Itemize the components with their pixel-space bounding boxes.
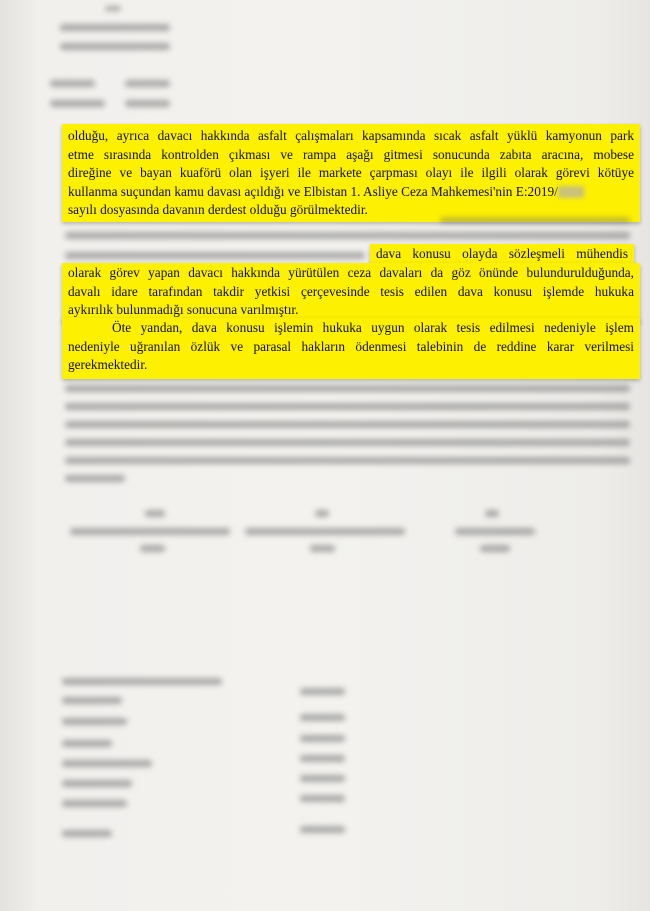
text-line: dava konusu olayda sözleşmeli mühendis bbox=[376, 245, 628, 264]
highlighted-paragraph-3: Öte yandan, dava konusu işlemin hukuka u… bbox=[62, 318, 640, 379]
text-line: olduğu, ayrıca davacı hakkında asfalt ça… bbox=[68, 127, 634, 146]
highlighted-paragraph-1: olduğu, ayrıca davacı hakkında asfalt ça… bbox=[62, 124, 640, 222]
text-line: olarak görev yapan davacı hakkında yürüt… bbox=[68, 264, 634, 283]
text-line: nedeniyle uğranılan özlük ve parasal hak… bbox=[68, 338, 634, 357]
redacted-case-number bbox=[558, 186, 584, 198]
highlighted-paragraph-2-first: dava konusu olayda sözleşmeli mühendis bbox=[370, 244, 634, 264]
text-line: gerekmektedir. bbox=[68, 356, 634, 375]
text-line-with-redaction: kullanma suçundan kamu davası açıldığı v… bbox=[68, 183, 634, 202]
text-line: davalı idare tarafından takdir yetkisi ç… bbox=[68, 283, 634, 302]
text-line: aykırılık bulunmadığı sonucuna varılmışt… bbox=[68, 301, 634, 320]
highlighted-paragraph-2: olarak görev yapan davacı hakkında yürüt… bbox=[62, 263, 640, 322]
text-line: sayılı dosyasında davanın derdest olduğu… bbox=[68, 201, 634, 220]
text-line: etme sırasında kontrolden çıkması ve ram… bbox=[68, 146, 634, 165]
text-line: Öte yandan, dava konusu işlemin hukuka u… bbox=[68, 319, 634, 338]
text-line: direğine ve bayan kuaförü olan işyeri il… bbox=[68, 164, 634, 183]
